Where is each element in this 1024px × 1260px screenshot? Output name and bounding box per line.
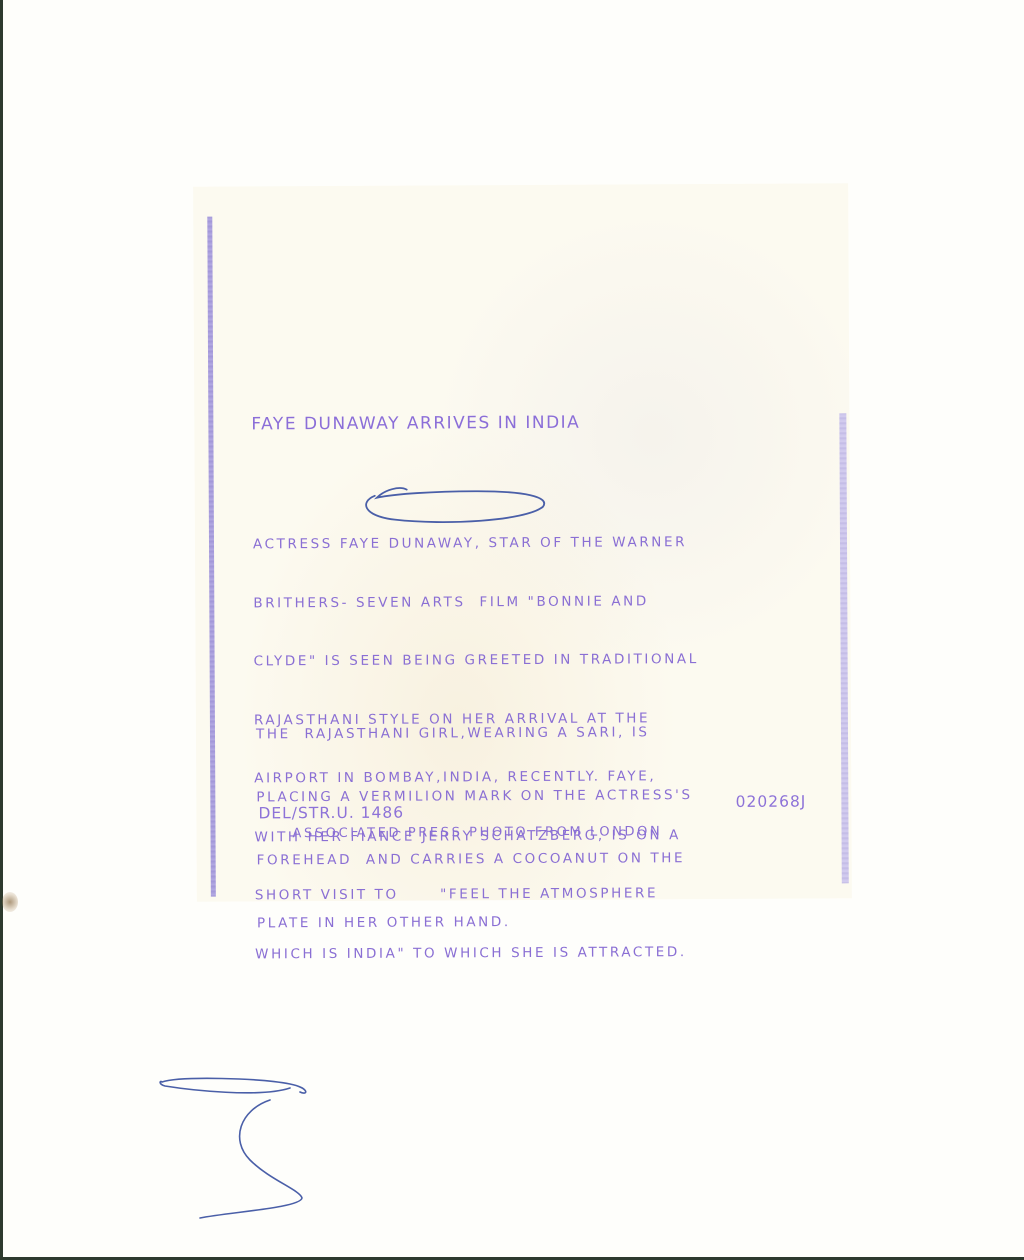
caption-line: FOREHEAD AND CARRIES A COCOANUT ON THE bbox=[257, 848, 693, 871]
caption-paper: FAYE DUNAWAY ARRIVES IN INDIA ACTRESS FA… bbox=[193, 183, 852, 901]
caption-line: ACTRESS FAYE DUNAWAY, STAR OF THE WARNER bbox=[253, 533, 698, 555]
right-stamp-stripe bbox=[839, 413, 848, 883]
source-credit: ASSOCIATED PRESS PHOTO FROM LONDON bbox=[292, 824, 662, 841]
left-stamp-stripe bbox=[207, 217, 216, 897]
stain-mark bbox=[2, 892, 18, 912]
caption-line: THE RAJASTHANI GIRL,WEARING A SARI, IS bbox=[256, 722, 692, 745]
headline: FAYE DUNAWAY ARRIVES IN INDIA bbox=[251, 413, 580, 435]
caption-line: BRITHERS- SEVEN ARTS FILM "BONNIE AND bbox=[253, 592, 698, 614]
caption-line: CLYDE" IS SEEN BEING GREETED IN TRADITIO… bbox=[254, 650, 699, 672]
left-edge bbox=[0, 0, 3, 1260]
caption-line: PLATE IN HER OTHER HAND. bbox=[257, 911, 693, 934]
date-code: 020268J bbox=[736, 793, 807, 811]
reference-code: DEL/STR.U. 1486 bbox=[258, 804, 404, 823]
